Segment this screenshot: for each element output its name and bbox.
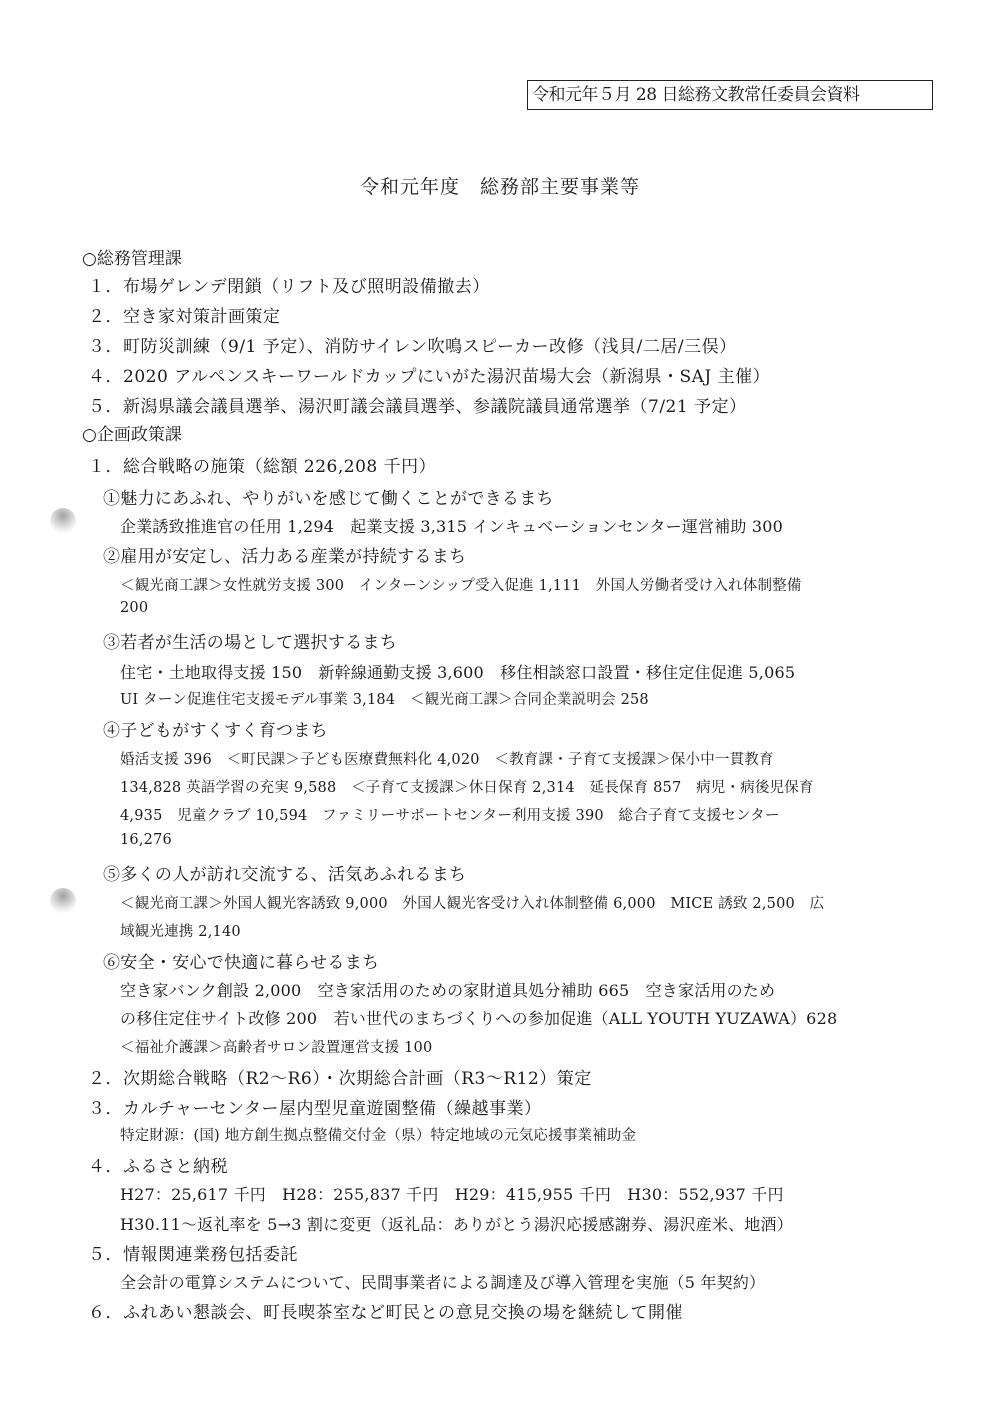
sub-item-line: 134,828 英語学習の充実 9,588 ＜子育て支援課＞休日保育 2,314… xyxy=(120,776,814,797)
punch-hole-mark xyxy=(50,888,76,914)
sub-item-line: 企業誘致推進官の任用 1,294 起業支援 3,315 インキュベーションセンタ… xyxy=(120,514,783,537)
sub-item-line: 16,276 xyxy=(120,832,172,848)
list-item: ６．ふれあい懇談会、町長喫茶室など町民との意見交換の場を継続して開催 xyxy=(88,1298,683,1323)
sub-item-line: 空き家バンク創設 2,000 空き家活用のための家財道具処分補助 665 空き家… xyxy=(120,978,775,1001)
sub-item-line: ＜観光商工課＞外国人観光客誘致 9,000 外国人観光客受け入れ体制整備 6,0… xyxy=(120,892,824,913)
sub-item-title: ②雇用が安定し、活力ある産業が持続するまち xyxy=(103,542,466,567)
sub-item-line: 200 xyxy=(120,600,148,616)
sub-item-line: 4,935 児童クラブ 10,594 ファミリーサポートセンター利用支援 390… xyxy=(120,804,780,825)
list-item: １．布場ゲレンデ閉鎖（リフト及び照明設備撤去） xyxy=(88,272,490,297)
sub-item-title: ④子どもがすくすく育つまち xyxy=(103,716,328,741)
sub-item-title: ①魅力にあふれ、やりがいを感じて働くことができるまち xyxy=(103,484,554,509)
sub-item-title: ⑤多くの人が訪れ交流する、活気あふれるまち xyxy=(103,860,466,885)
list-item: ３．カルチャーセンター屋内型児童遊園整備（繰越事業） xyxy=(88,1094,541,1119)
sub-item-line: 住宅・土地取得支援 150 新幹線通勤支援 3,600 移住相談窓口設置・移住定… xyxy=(120,660,795,683)
list-item: ２．空き家対策計画策定 xyxy=(88,302,281,327)
sub-item-line: UI ターン促進住宅支援モデル事業 3,184 ＜観光商工課＞合同企業説明会 2… xyxy=(120,688,649,709)
list-item: ４．2020 アルペンスキーワールドカップにいがた湯沢苗場大会（新潟県・SAJ … xyxy=(88,362,770,387)
sub-item-line: ＜観光商工課＞女性就労支援 300 インターンシップ受入促進 1,111 外国人… xyxy=(120,574,802,595)
section-heading-kikaku: ○企画政策課 xyxy=(82,420,182,445)
list-item: ５．情報関連業務包括委託 xyxy=(88,1240,298,1265)
sub-item-line: 婚活支援 396 ＜町民課＞子ども医療費無料化 4,020 ＜教育課・子育て支援… xyxy=(120,748,774,769)
punch-hole-mark xyxy=(50,508,76,534)
sub-item-title: ③若者が生活の場として選択するまち xyxy=(103,628,397,653)
page-title: 令和元年度 総務部主要事業等 xyxy=(0,172,1000,199)
furusato-note: H30.11～返礼率を 5→3 割に変更（返礼品：ありがとう湯沢応援感謝券、湯沢… xyxy=(120,1212,793,1235)
document-reference-box: 令和元年５月 28 日総務文教常任委員会資料 xyxy=(527,80,933,110)
list-item-detail: 全会計の電算システムについて、民間事業者による調達及び導入管理を実施（5 年契約… xyxy=(120,1270,765,1293)
list-item: ４．ふるさと納税 xyxy=(88,1152,228,1177)
section-heading-soumu: ○総務管理課 xyxy=(82,244,182,269)
sub-item-line: ＜福祉介護課＞高齢者サロン設置運営支援 100 xyxy=(120,1036,432,1057)
list-item: ２．次期総合戦略（R2～R6）・次期総合計画（R3～R12）策定 xyxy=(88,1064,592,1089)
list-item: ５．新潟県議会議員選挙、湯沢町議会議員選挙、参議院議員通常選挙（7/21 予定） xyxy=(88,392,747,417)
list-item: １．総合戦略の施策（総額 226,208 千円） xyxy=(88,452,436,477)
furusato-amounts: H27：25,617 千円 H28：255,837 千円 H29：415,955… xyxy=(120,1182,784,1205)
sub-item-title: ⑥安全・安心で快適に暮らせるまち xyxy=(103,948,379,973)
list-item: ３．町防災訓練（9/1 予定）、消防サイレン吹鳴スピーカー改修（浅貝/二居/三俣… xyxy=(88,332,737,357)
sub-item-line: 域観光連携 2,140 xyxy=(120,920,241,941)
sub-item-line: の移住定住サイト改修 200 若い世代のまちづくりへの参加促進（ALL YOUT… xyxy=(120,1006,837,1029)
list-item-detail: 特定財源：(国) 地方創生拠点整備交付金（県）特定地域の元気応援事業補助金 xyxy=(120,1124,636,1145)
